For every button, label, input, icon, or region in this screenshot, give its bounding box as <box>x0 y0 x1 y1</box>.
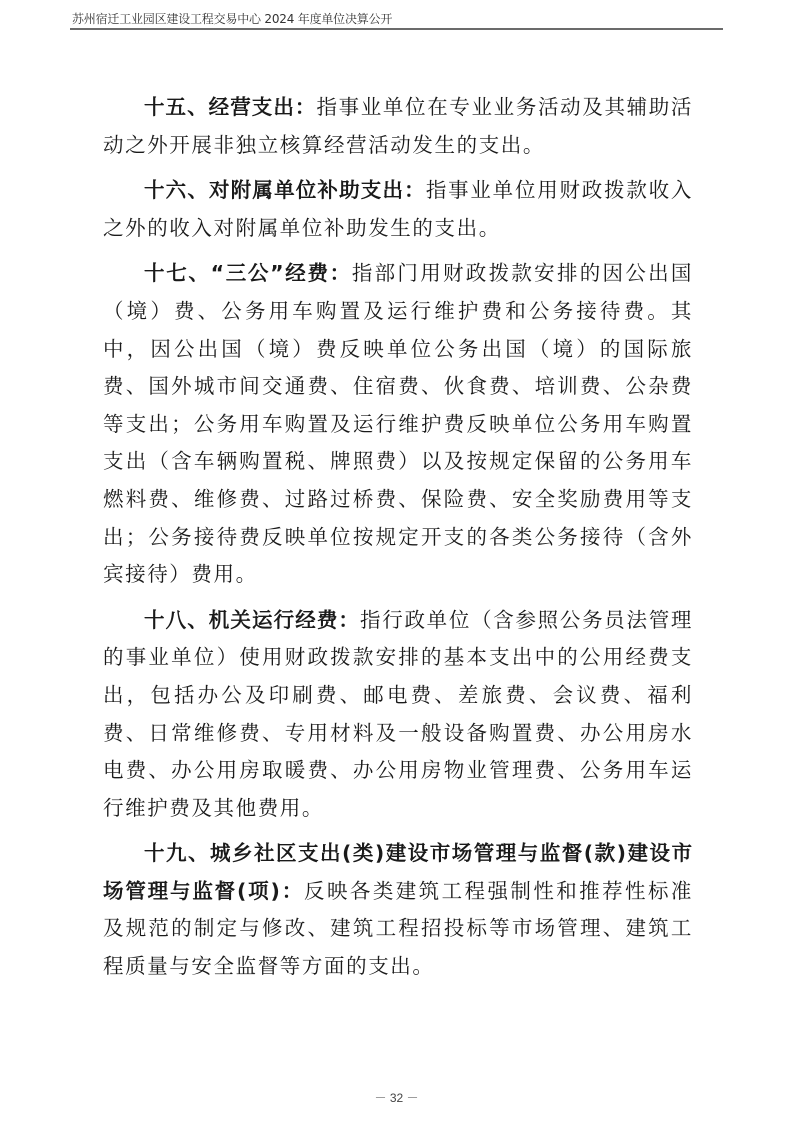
header-title: 苏州宿迁工业园区建设工程交易中心 2024 年度单位决算公开 <box>72 10 392 27</box>
page-header: 苏州宿迁工业园区建设工程交易中心 2024 年度单位决算公开 <box>70 8 723 30</box>
paragraph-agency-operating-funds: 十八、机关运行经费：指行政单位（含参照公务员法管理的事业单位）使用财政拨款安排的… <box>103 602 693 828</box>
term-description: 指行政单位（含参照公务员法管理的事业单位）使用财政拨款安排的基本支出中的公用经费… <box>103 608 693 820</box>
paragraph-subsidiary-subsidy: 十六、对附属单位补助支出：指事业单位用财政拨款收入之外的收入对附属单位补助发生的… <box>103 172 693 247</box>
term-heading: 十六、对附属单位补助支出： <box>144 178 426 202</box>
document-body: 十五、经营支出：指事业单位在专业业务活动及其辅助活动之外开展非独立核算经营活动发… <box>103 89 693 986</box>
page-number: － 32 － <box>0 1089 793 1106</box>
paragraph-operating-expenditure: 十五、经营支出：指事业单位在专业业务活动及其辅助活动之外开展非独立核算经营活动发… <box>103 89 693 164</box>
paragraph-three-public-expenses: 十七、“三公”经费：指部门用财政拨款安排的因公出国（境）费、公务用车购置及运行维… <box>103 255 693 593</box>
term-heading: 十七、“三公”经费： <box>144 261 352 285</box>
term-heading: 十八、机关运行经费： <box>144 608 360 632</box>
term-heading: 十五、经营支出： <box>144 95 316 119</box>
term-description: 指部门用财政拨款安排的因公出国（境）费、公务用车购置及运行维护费和公务接待费。其… <box>103 261 693 586</box>
paragraph-urban-rural-community-expenditure: 十九、城乡社区支出(类)建设市场管理与监督(款)建设市场管理与监督(项)：反映各… <box>103 835 693 985</box>
